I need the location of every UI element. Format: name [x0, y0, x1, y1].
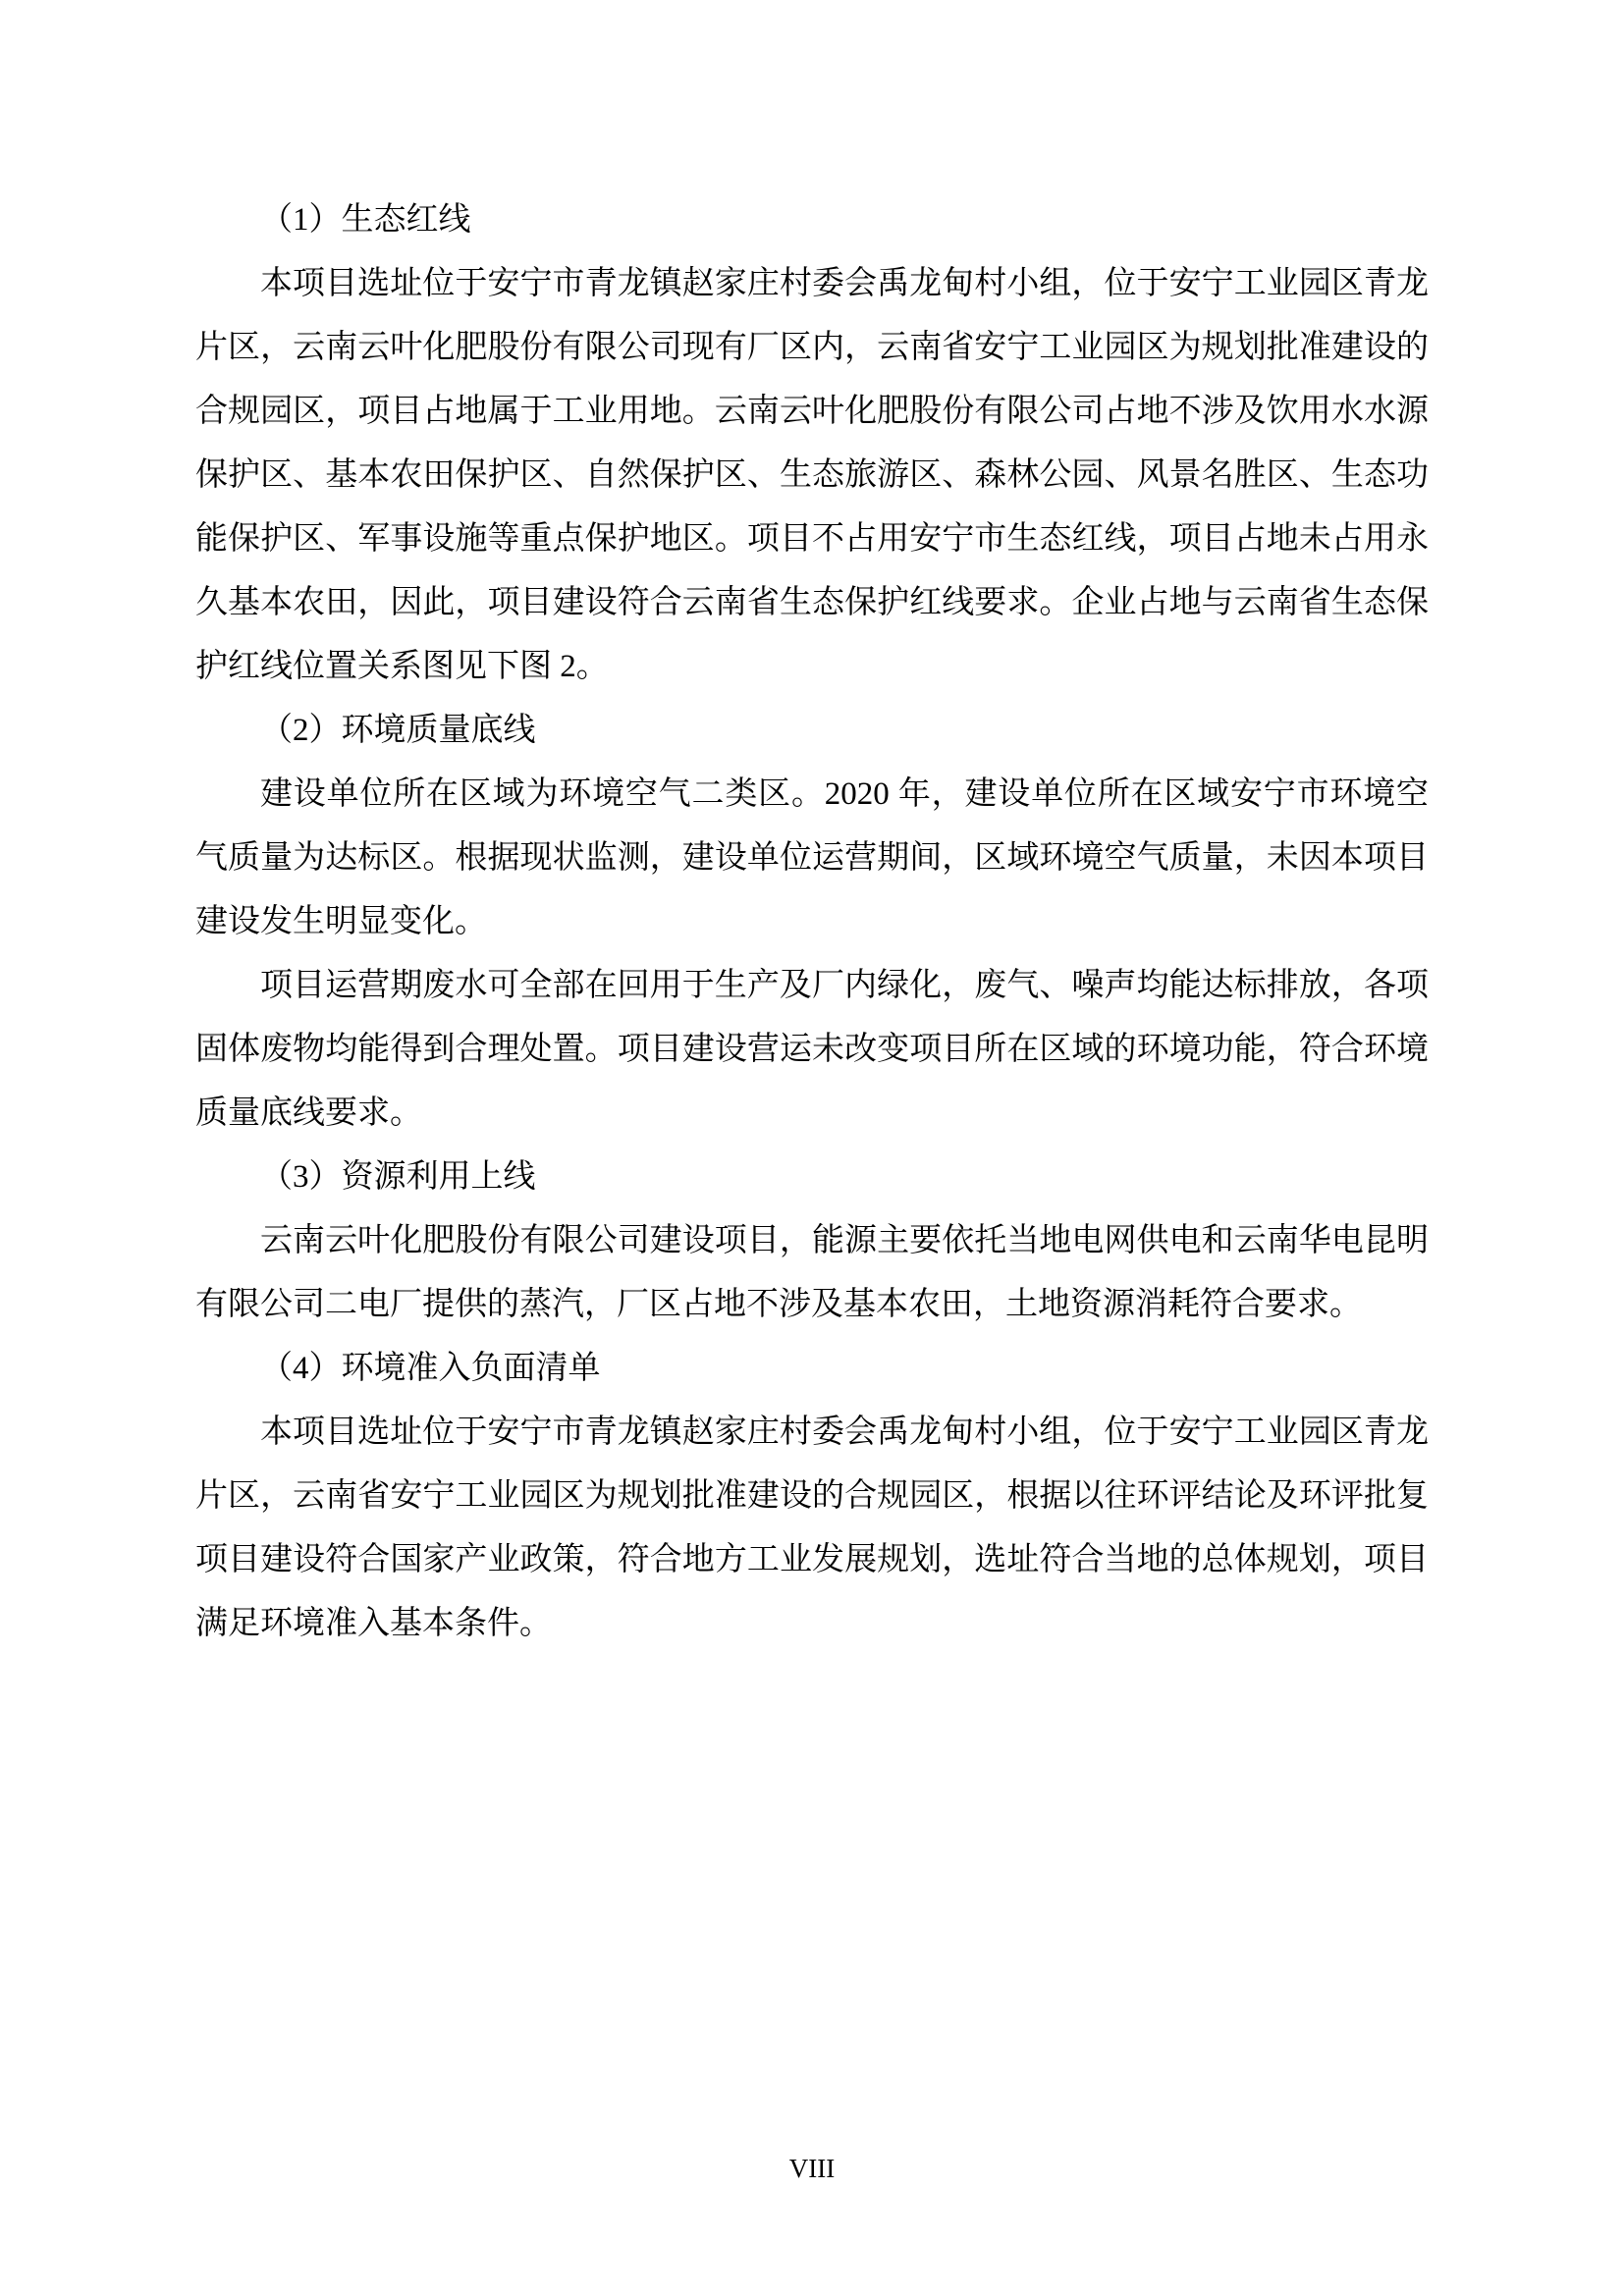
section-heading: （4）环境准入负面清单: [195, 1337, 1429, 1401]
document-body: （1）生态红线本项目选址位于安宁市青龙镇赵家庄村委会禹龙甸村小组，位于安宁工业园…: [195, 188, 1429, 1656]
paragraph: 云南云叶化肥股份有限公司建设项目，能源主要依托当地电网供电和云南华电昆明有限公司…: [195, 1209, 1429, 1337]
section-heading: （2）环境质量底线: [195, 699, 1429, 763]
document-page: （1）生态红线本项目选址位于安宁市青龙镇赵家庄村委会禹龙甸村小组，位于安宁工业园…: [0, 0, 1624, 2296]
paragraph: 本项目选址位于安宁市青龙镇赵家庄村委会禹龙甸村小组，位于安宁工业园区青龙片区，云…: [195, 1401, 1429, 1656]
paragraph: 项目运营期废水可全部在回用于生产及厂内绿化，废气、噪声均能达标排放，各项固体废物…: [195, 954, 1429, 1146]
paragraph: 本项目选址位于安宁市青龙镇赵家庄村委会禹龙甸村小组，位于安宁工业园区青龙片区，云…: [195, 252, 1429, 699]
paragraph: 建设单位所在区域为环境空气二类区。2020 年，建设单位所在区域安宁市环境空气质…: [195, 763, 1429, 954]
page-footer: VIII: [0, 2153, 1624, 2184]
section-heading: （1）生态红线: [195, 188, 1429, 252]
section-heading: （3）资源利用上线: [195, 1146, 1429, 1209]
page-number: VIII: [789, 2154, 835, 2183]
